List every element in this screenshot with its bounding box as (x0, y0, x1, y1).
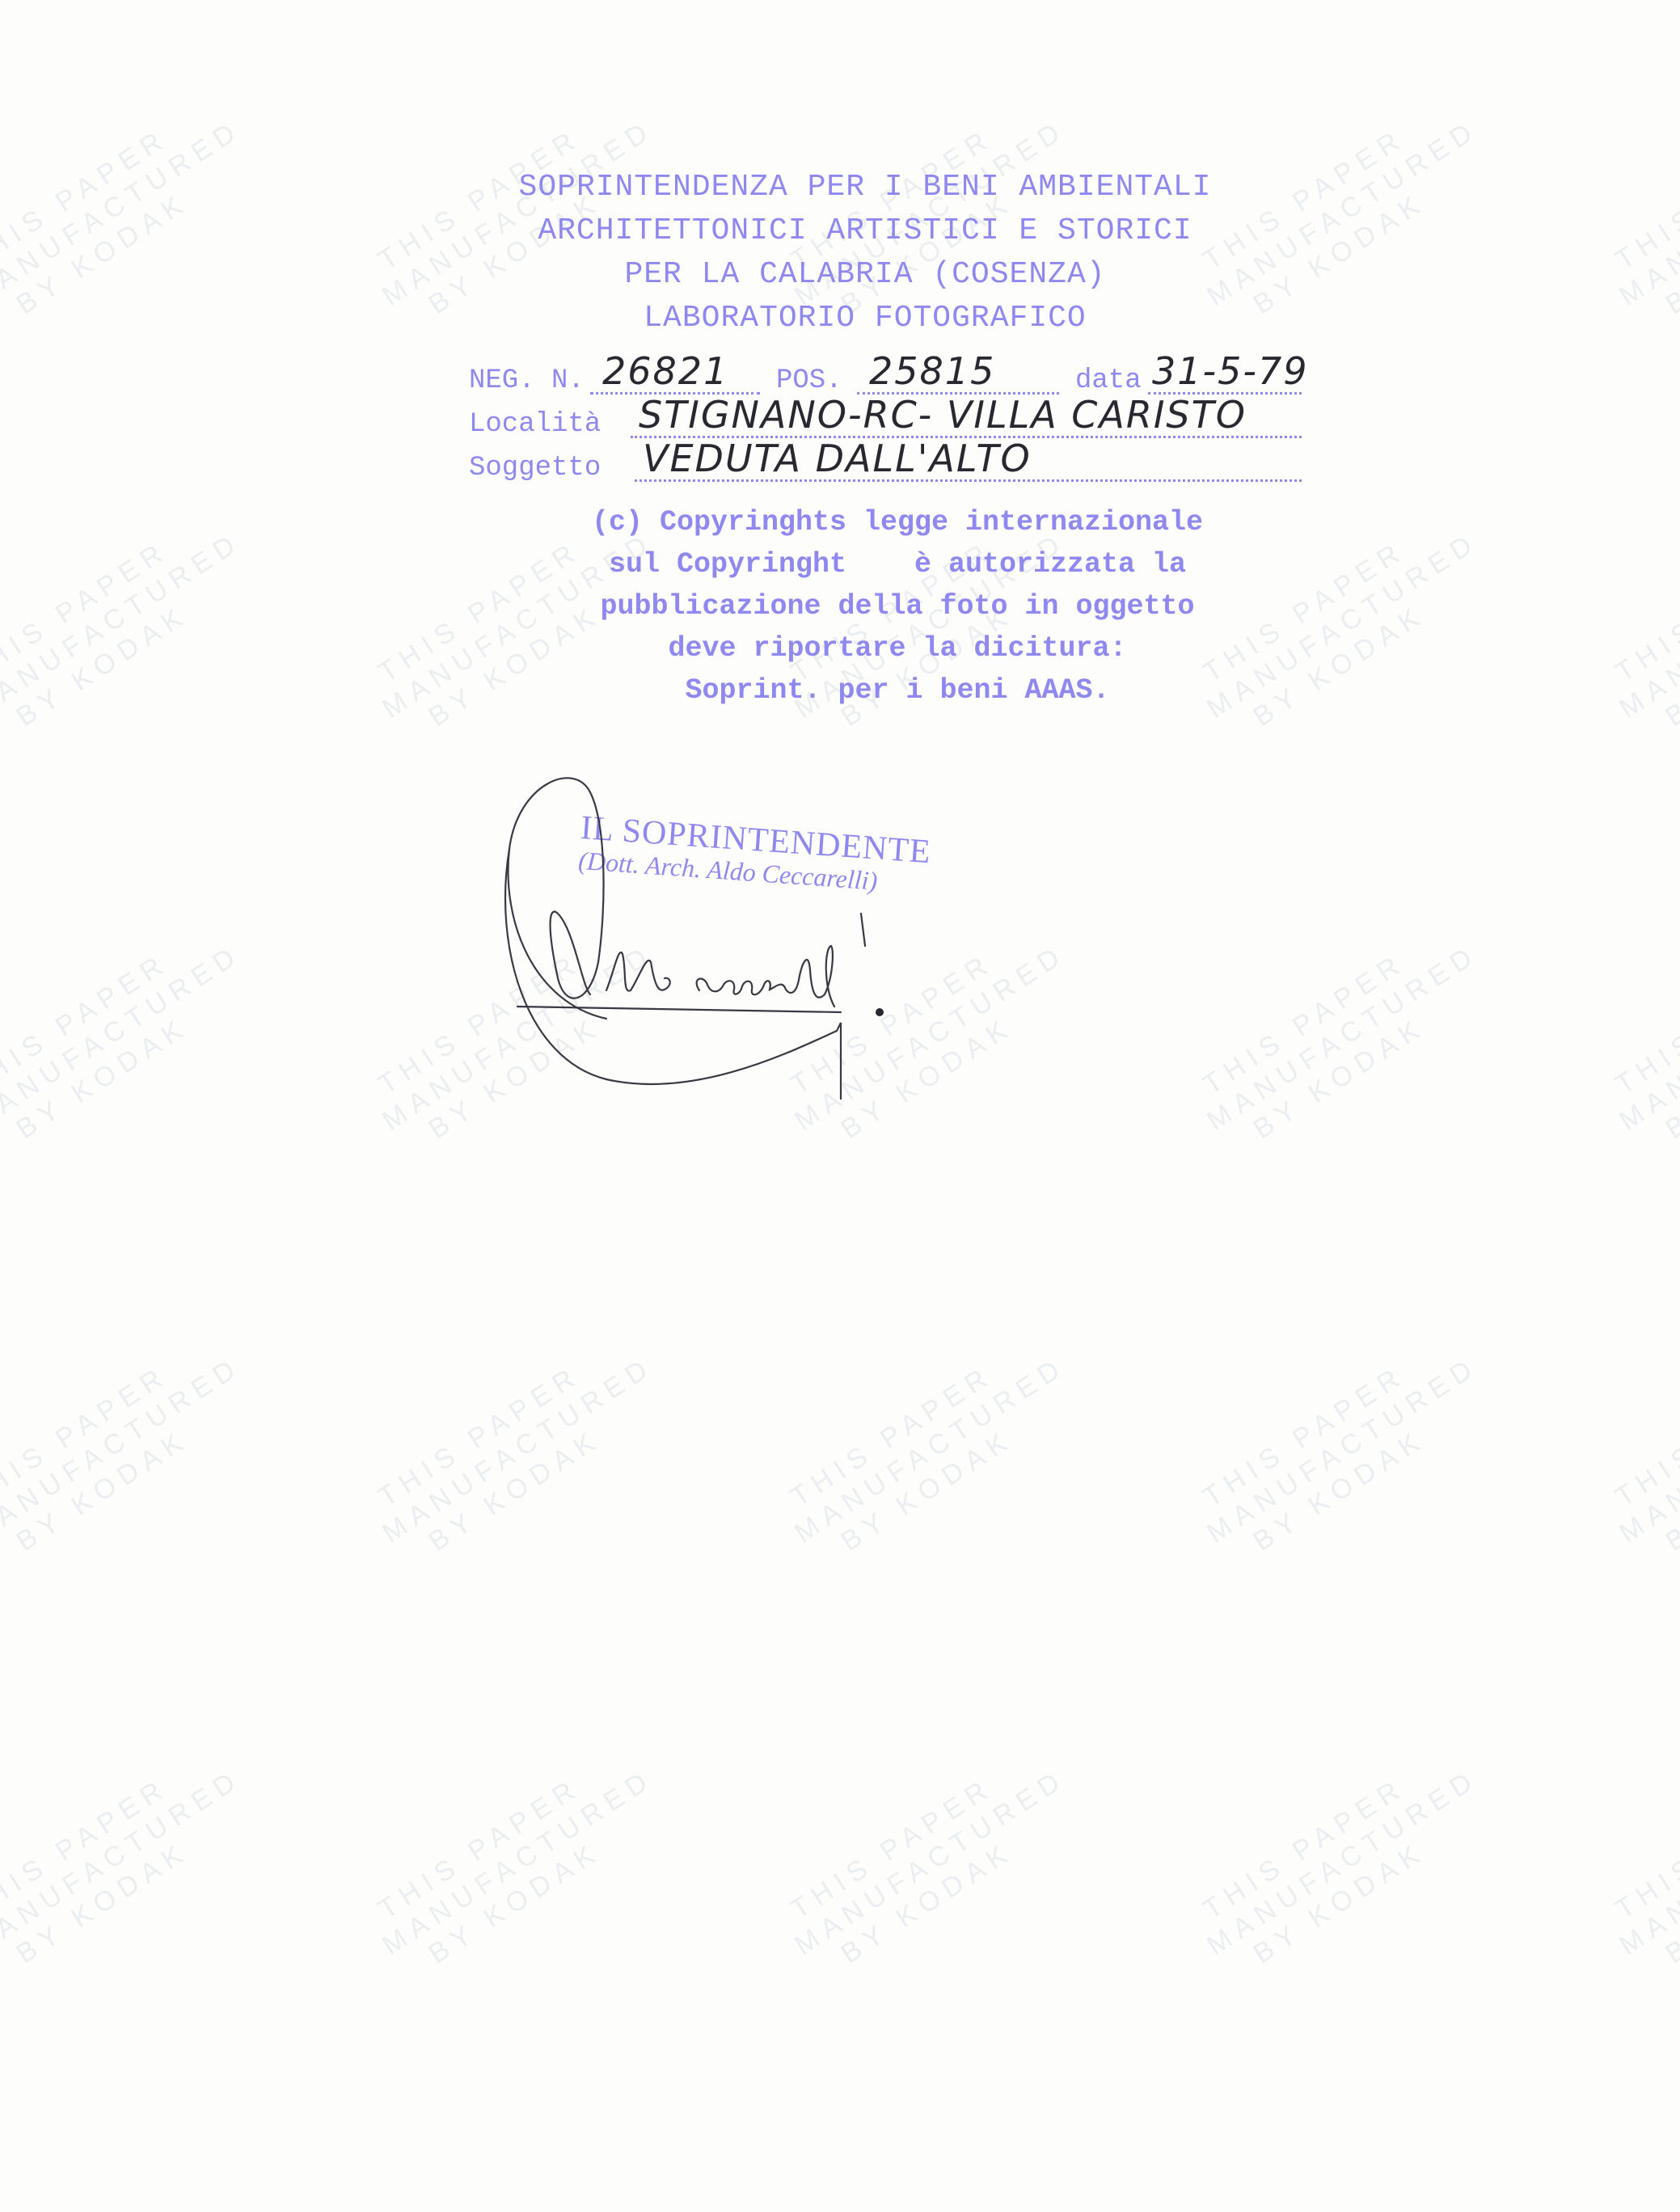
record-fields: NEG. N. 26821 POS. 25815 data 31-5-79 Lo… (469, 356, 1310, 487)
watermark-text: THIS PAPERMANUFACTUREDBY KODAK (771, 1350, 1048, 1577)
header-line: PER LA CALABRIA (COSENZA) (477, 253, 1253, 297)
watermark-text: THIS PAPERMANUFACTUREDBY KODAK (1184, 938, 1460, 1164)
copyright-stamp: (c) Copyringhts legge internazionale sul… (517, 501, 1277, 711)
watermark-text: THIS PAPERMANUFACTUREDBY KODAK (1596, 526, 1680, 752)
header-line: SOPRINTENDENZA PER I BENI AMBIENTALI (477, 166, 1253, 209)
pos-value: 25815 (869, 349, 995, 393)
copyright-line: (c) Copyringhts legge internazionale (517, 501, 1277, 543)
signature-period (876, 1008, 884, 1016)
soggetto-label: Soggetto (469, 453, 601, 483)
copyright-line: Soprint. per i beni AAAS. (517, 669, 1277, 711)
watermark-text: THIS PAPERMANUFACTUREDBY KODAK (0, 938, 223, 1164)
soggetto-value: VEDUTA DALL'ALTO (643, 437, 1032, 480)
watermark-text: THIS PAPERMANUFACTUREDBY KODAK (0, 1762, 223, 1989)
header-line: ARCHITETTONICI ARTISTICI E STORICI (477, 209, 1253, 253)
neg-value: 26821 (602, 349, 728, 393)
watermark-text: THIS PAPERMANUFACTUREDBY KODAK (771, 1762, 1048, 1989)
copyright-line: pubblicazione della foto in oggetto (517, 585, 1277, 627)
watermark-text: THIS PAPERMANUFACTUREDBY KODAK (359, 1350, 635, 1577)
institution-header-stamp: SOPRINTENDENZA PER I BENI AMBIENTALI ARC… (477, 166, 1253, 340)
data-value: 31-5-79 (1152, 349, 1309, 393)
localita-value: STIGNANO-RC- VILLA CARISTO (639, 393, 1247, 437)
watermark-text: THIS PAPERMANUFACTUREDBY KODAK (1184, 1762, 1460, 1989)
watermark-text: THIS PAPERMANUFACTUREDBY KODAK (1596, 938, 1680, 1164)
data-label: data (1075, 365, 1142, 396)
watermark-text: THIS PAPERMANUFACTUREDBY KODAK (0, 1350, 223, 1577)
header-line: LABORATORIO FOTOGRAFICO (477, 297, 1253, 340)
watermark-text: THIS PAPERMANUFACTUREDBY KODAK (1596, 113, 1680, 340)
copyright-line: sul Copyringht è autorizzata la (517, 543, 1277, 585)
copyright-line: deve riportare la dicitura: (517, 627, 1277, 669)
watermark-text: THIS PAPERMANUFACTUREDBY KODAK (1596, 1762, 1680, 1989)
neg-label: NEG. N. (469, 365, 585, 396)
localita-label: Località (469, 409, 601, 440)
watermark-text: THIS PAPERMANUFACTUREDBY KODAK (0, 113, 223, 340)
pos-label: POS. (776, 365, 842, 396)
watermark-text: THIS PAPERMANUFACTUREDBY KODAK (0, 526, 223, 752)
watermark-text: THIS PAPERMANUFACTUREDBY KODAK (1596, 1350, 1680, 1577)
watermark-text: THIS PAPERMANUFACTUREDBY KODAK (359, 1762, 635, 1989)
handwritten-signature (485, 760, 1116, 1100)
watermark-text: THIS PAPERMANUFACTUREDBY KODAK (1184, 1350, 1460, 1577)
soggetto-row: Soggetto VEDUTA DALL'ALTO (469, 443, 1310, 487)
